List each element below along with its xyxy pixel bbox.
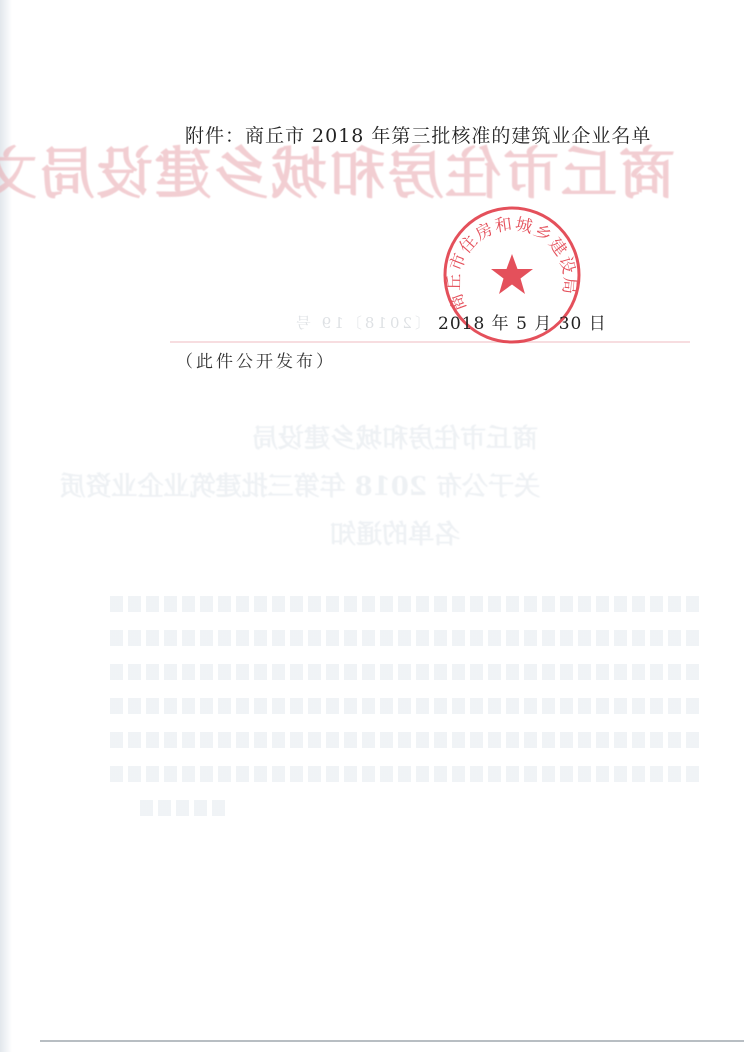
bleed-through-body-line — [110, 698, 700, 714]
bleed-through-title-line-2: 关于公布 2018 年第三批建筑业企业资质 — [250, 466, 540, 503]
bleed-through-body-line — [110, 596, 700, 612]
attachment-heading: 附件：商丘市 2018 年第三批核准的建筑业企业名单 — [185, 121, 645, 148]
bleed-through-body-line — [110, 732, 700, 748]
bleed-through-body-line — [110, 630, 700, 646]
public-release-note: （此件公开发布） — [176, 347, 336, 372]
bleed-through-title-line-3: 名单的通知 — [250, 514, 540, 551]
bleed-through-title-line-1: 商丘市住房和城乡建设局 — [250, 418, 540, 455]
scan-edge-bottom-line — [40, 1040, 744, 1042]
bleed-through-doc-number: 〔2018〕19 号 — [300, 312, 430, 333]
scanned-page: 商丘市住房和城乡建设局文件 〔2018〕19 号 商丘市住房和城乡建设局 关于公… — [0, 0, 744, 1052]
bleed-through-body-line — [110, 664, 700, 680]
star-icon — [491, 254, 533, 294]
bleed-through-body-line — [140, 800, 230, 816]
bleed-through-body-line — [110, 766, 700, 782]
issue-date: 2018 年 5 月 30 日 — [438, 309, 607, 334]
bleed-through-red-rule — [170, 341, 690, 343]
